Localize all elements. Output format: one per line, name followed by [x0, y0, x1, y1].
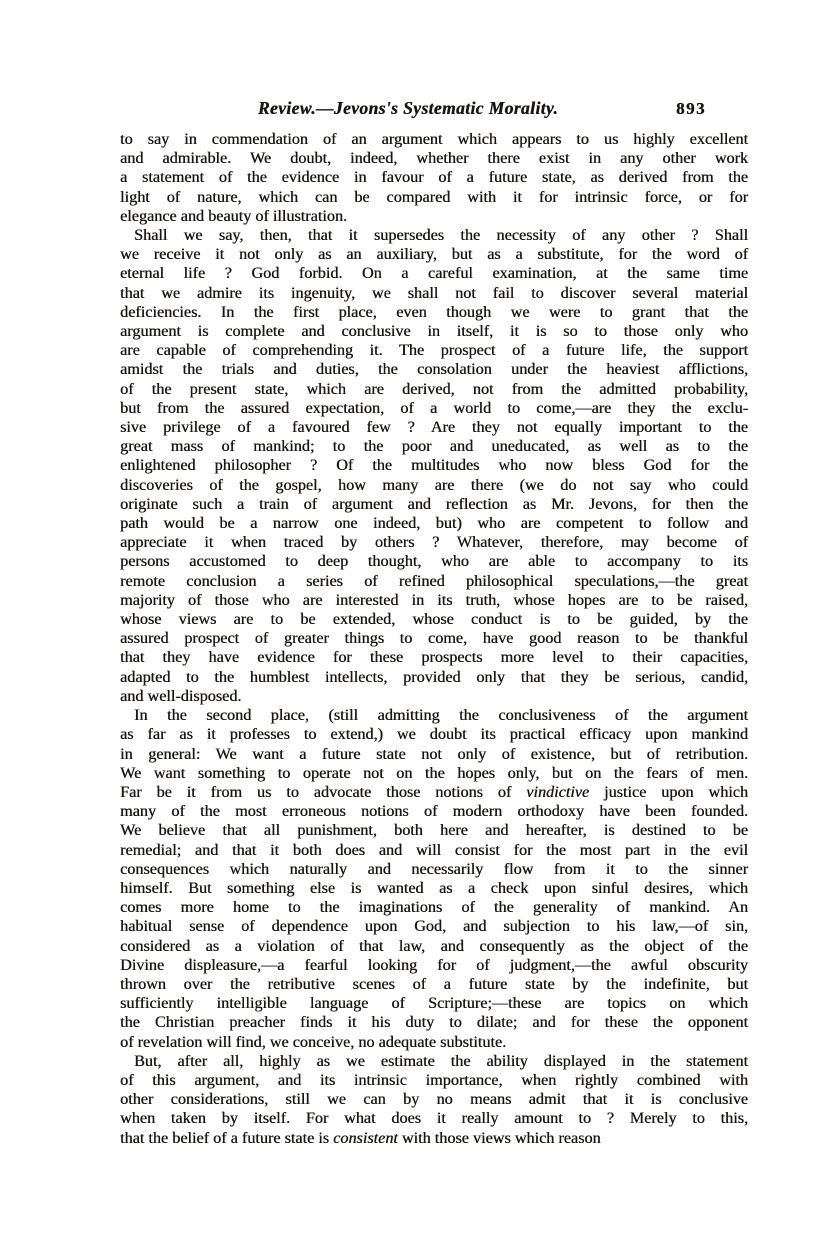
text-line: and admirable. We doubt, indeed, whether…: [120, 149, 748, 168]
text-line: of revelation will find, we conceive, no…: [120, 1033, 748, 1052]
text-line: that we admire its ingenuity, we shall n…: [120, 284, 748, 303]
text-line: argument is complete and conclusive in i…: [120, 322, 748, 341]
text-line: In the second place, (still admitting th…: [120, 706, 748, 725]
paragraph: Shall we say, then, that it supersedes t…: [120, 226, 748, 706]
scanned-page: Review.—Jevons's Systematic Morality. 89…: [0, 0, 837, 1252]
text-line: many of the most erroneous notions of mo…: [120, 802, 748, 821]
text-line: comes more home to the imaginations of t…: [120, 898, 748, 917]
text-line: But, after all, highly as we estimate th…: [120, 1052, 748, 1071]
text-line: to say in commendation of an argument wh…: [120, 130, 748, 149]
page-number: 893: [676, 99, 706, 119]
text-line: discoveries of the gospel, how many are …: [120, 476, 748, 495]
text-line: amidst the trials and duties, the consol…: [120, 360, 748, 379]
text-line: We want something to operate not on the …: [120, 764, 748, 783]
text-line: thrown over the retributive scenes of a …: [120, 975, 748, 994]
text-line: as far as it professes to extend,) we do…: [120, 725, 748, 744]
text-line: We believe that all punishment, both her…: [120, 821, 748, 840]
text-line: other considerations, still we can by no…: [120, 1090, 748, 1109]
text-line: originate such a train of argument and r…: [120, 495, 748, 514]
text-line: in general: We want a future state not o…: [120, 745, 748, 764]
text-line: Divine displeasure,—a fearful looking fo…: [120, 956, 748, 975]
text-line: himself. But something else is wanted as…: [120, 879, 748, 898]
paragraph: to say in commendation of an argument wh…: [120, 130, 748, 226]
text-line: enlightened philosopher ? Of the multitu…: [120, 456, 748, 475]
paragraph: But, after all, highly as we estimate th…: [120, 1052, 748, 1148]
body-text: to say in commendation of an argument wh…: [120, 130, 748, 1148]
text-line: appreciate it when traced by others ? Wh…: [120, 533, 748, 552]
text-line: sive privilege of a favoured few ? Are t…: [120, 418, 748, 437]
text-line: but from the assured expectation, of a w…: [120, 399, 748, 418]
text-line: elegance and beauty of illustration.: [120, 207, 748, 226]
text-line: sufficiently intelligible language of Sc…: [120, 994, 748, 1013]
text-line: majority of those who are interested in …: [120, 591, 748, 610]
text-line: of this argument, and its intrinsic impo…: [120, 1071, 748, 1090]
text-line: great mass of mankind; to the poor and u…: [120, 437, 748, 456]
text-line: assured prospect of greater things to co…: [120, 629, 748, 648]
page-header: Review.—Jevons's Systematic Morality. 89…: [120, 98, 748, 124]
text-line: when taken by itself. For what does it r…: [120, 1109, 748, 1128]
text-line: Shall we say, then, that it supersedes t…: [120, 226, 748, 245]
text-line: deficiencies. In the first place, even t…: [120, 303, 748, 322]
text-line: considered as a violation of that law, a…: [120, 937, 748, 956]
paragraph: In the second place, (still admitting th…: [120, 706, 748, 1052]
running-title: Review.—Jevons's Systematic Morality.: [94, 98, 722, 119]
text-line: a statement of the evidence in favour of…: [120, 168, 748, 187]
text-line: light of nature, which can be compared w…: [120, 188, 748, 207]
text-line: the Christian preacher finds it his duty…: [120, 1013, 748, 1032]
text-line: habitual sense of dependence upon God, a…: [120, 917, 748, 936]
text-line: persons accustomed to deep thought, who …: [120, 552, 748, 571]
text-line: we receive it not only as an auxiliary, …: [120, 245, 748, 264]
text-line: that the belief of a future state is con…: [120, 1129, 748, 1148]
text-line: and well-disposed.: [120, 687, 748, 706]
text-line: eternal life ? God forbid. On a careful …: [120, 264, 748, 283]
text-line: Far be it from us to advocate those noti…: [120, 783, 748, 802]
text-line: path would be a narrow one indeed, but) …: [120, 514, 748, 533]
text-line: of the present state, which are derived,…: [120, 380, 748, 399]
text-line: adapted to the humblest intellects, prov…: [120, 668, 748, 687]
text-line: consequences which naturally and necessa…: [120, 860, 748, 879]
text-line: that they have evidence for these prospe…: [120, 648, 748, 667]
text-line: whose views are to be extended, whose co…: [120, 610, 748, 629]
text-line: are capable of comprehending it. The pro…: [120, 341, 748, 360]
text-line: remote conclusion a series of refined ph…: [120, 572, 748, 591]
text-line: remedial; and that it both does and will…: [120, 841, 748, 860]
